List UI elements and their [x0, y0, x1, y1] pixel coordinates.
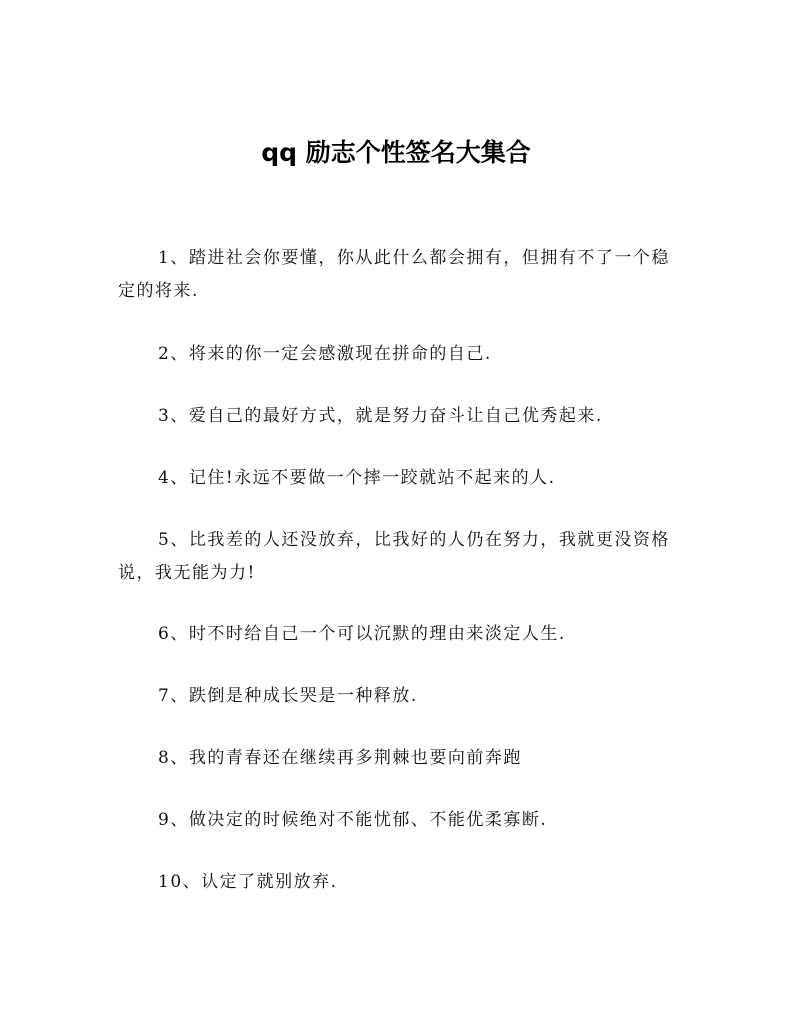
- list-item: 5、比我差的人还没放弃，比我好的人仍在努力，我就更没资格说，我无能为力!: [118, 524, 678, 590]
- list-item: 10、认定了就别放弃.: [118, 866, 678, 899]
- list-item: 4、记住!永远不要做一个摔一跤就站不起来的人.: [118, 462, 678, 495]
- list-item: 8、我的青春还在继续再多荆棘也要向前奔跑: [118, 742, 678, 775]
- list-item: 3、爱自己的最好方式，就是努力奋斗让自己优秀起来.: [118, 400, 678, 433]
- list-item: 9、做决定的时候绝对不能忧郁、不能优柔寡断.: [118, 804, 678, 837]
- document-page: qq 励志个性签名大集合 1、踏进社会你要懂，你从此什么都会拥有，但拥有不了一个…: [0, 0, 792, 1025]
- list-item: 6、时不时给自己一个可以沉默的理由来淡定人生.: [118, 618, 678, 651]
- list-item: 7、跌倒是种成长哭是一种释放.: [118, 680, 678, 713]
- list-item: 1、踏进社会你要懂，你从此什么都会拥有，但拥有不了一个稳定的将来.: [118, 242, 678, 308]
- page-title: qq 励志个性签名大集合: [0, 136, 792, 170]
- list-item: 2、将来的你一定会感激现在拼命的自己.: [118, 338, 678, 371]
